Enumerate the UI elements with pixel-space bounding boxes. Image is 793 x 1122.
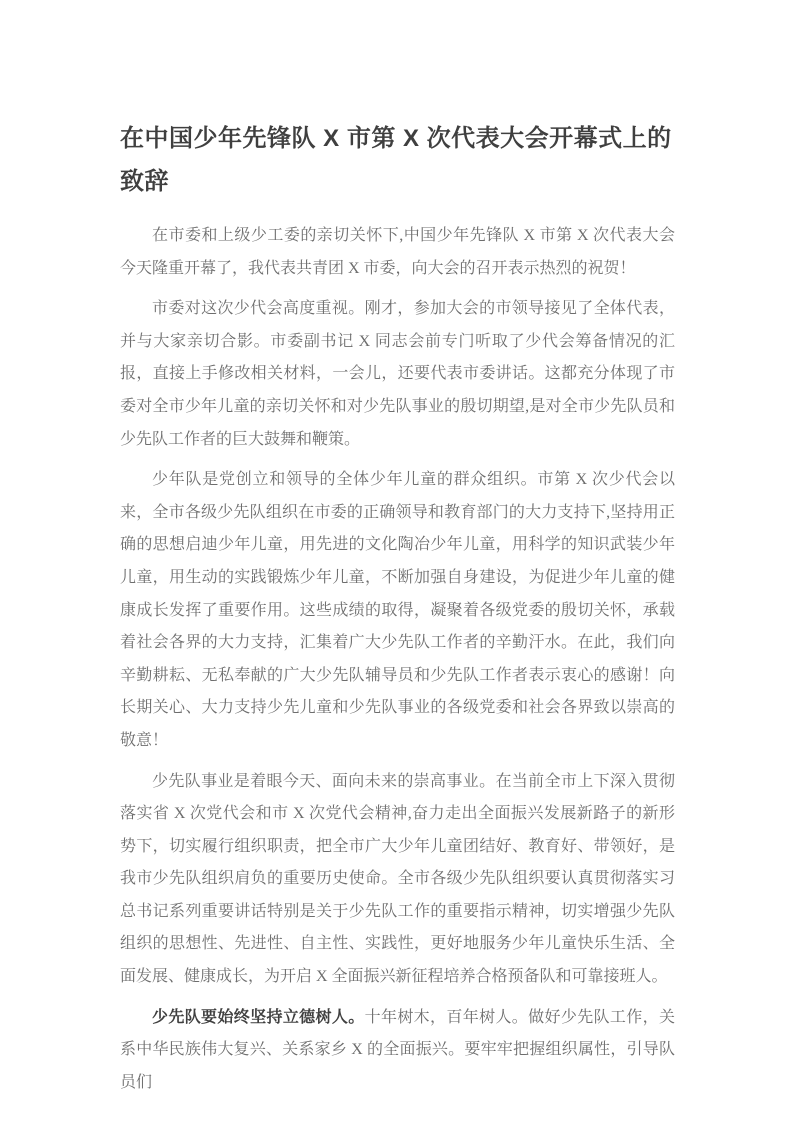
paragraph-2: 市委对这次少代会高度重视。刚才，参加大会的市领导接见了全体代表，并与大家亲切合影… bbox=[120, 293, 675, 456]
text-run: 在市委和上级少工委的亲切关怀下,中国少年先锋队 X 市第 X 次代表大会今天隆重… bbox=[120, 227, 675, 277]
text-run: 少先队事业是着眼今天、面向未来的崇高事业。在当前全市上下深入贯彻落实省 X 次党… bbox=[120, 773, 675, 986]
document-body: 在市委和上级少工委的亲切关怀下,中国少年先锋队 X 市第 X 次代表大会今天隆重… bbox=[120, 220, 675, 1099]
text-run: 少年队是党创立和领导的全体少年儿童的群众组织。市第 X 次少代会以来，全市各级少… bbox=[120, 471, 675, 749]
paragraph-4: 少先队事业是着眼今天、面向未来的崇高事业。在当前全市上下深入贯彻落实省 X 次党… bbox=[120, 766, 675, 994]
paragraph-5: 少先队要始终坚持立德树人。十年树木，百年树人。做好少先队工作，关系中华民族伟大复… bbox=[120, 1002, 675, 1100]
bold-text-run: 少先队要始终坚持立德树人。 bbox=[152, 1009, 365, 1026]
document-title: 在中国少年先锋队 X 市第 X 次代表大会开幕式上的致辞 bbox=[120, 117, 675, 203]
paragraph-1: 在市委和上级少工委的亲切关怀下,中国少年先锋队 X 市第 X 次代表大会今天隆重… bbox=[120, 220, 675, 285]
document-page: 在中国少年先锋队 X 市第 X 次代表大会开幕式上的致辞 在市委和上级少工委的亲… bbox=[0, 0, 793, 1122]
text-run: 市委对这次少代会高度重视。刚才，参加大会的市领导接见了全体代表，并与大家亲切合影… bbox=[120, 300, 675, 447]
paragraph-3: 少年队是党创立和领导的全体少年儿童的群众组织。市第 X 次少代会以来，全市各级少… bbox=[120, 464, 675, 757]
